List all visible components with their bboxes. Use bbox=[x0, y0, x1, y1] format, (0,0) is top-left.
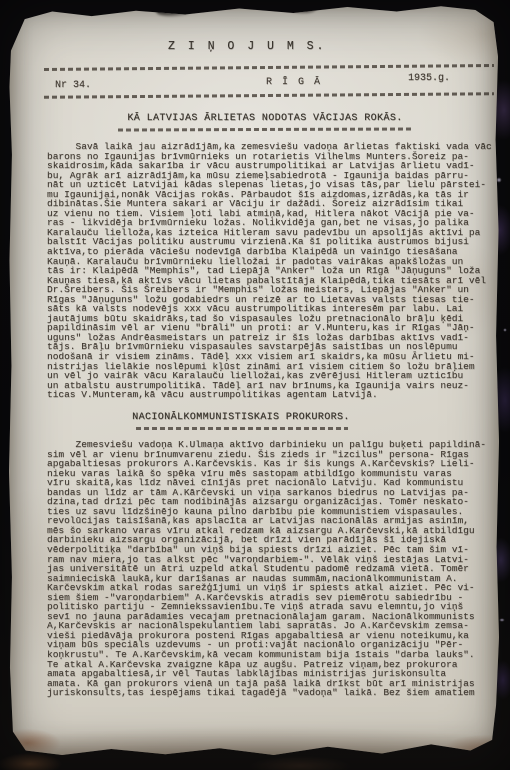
ink-smudge bbox=[286, 4, 316, 14]
article2-headline: NACIONĀLKOMMUNISTISKAIS PROKURORS. bbox=[8, 412, 500, 423]
article1-body: Savā laikā jau aizrādījām,ka zemesviešu … bbox=[47, 142, 499, 400]
document-page: Z I Ņ O J U M S. Nr 34. R Ī G Ā 1935.g. … bbox=[8, 4, 500, 758]
divider bbox=[44, 64, 494, 71]
masthead-title: Z I Ņ O J U M S. bbox=[168, 40, 326, 53]
headline-underline bbox=[118, 127, 414, 131]
divider bbox=[44, 92, 494, 99]
headline-underline bbox=[136, 427, 348, 430]
city-name: R Ī G Ā bbox=[266, 77, 322, 88]
article2-body: Zemesviešu vadoņa K.Ulmaņa aktīvo darbin… bbox=[47, 440, 499, 698]
photo-background: Z I Ņ O J U M S. Nr 34. R Ī G Ā 1935.g. … bbox=[0, 0, 510, 770]
text-line: juriskonsults,tas iespējams tikai tagadē… bbox=[47, 688, 499, 698]
ink-smudge bbox=[156, 6, 192, 17]
article1-headline: KĀ LATVIJAS ĀRLIETAS NODOTAS VĀCIJAS ROK… bbox=[8, 113, 500, 124]
text-line: ticas V.Munteram,kā vācu austrumpolitika… bbox=[47, 390, 499, 400]
publication-year: 1935.g. bbox=[408, 73, 450, 84]
issue-number: Nr 34. bbox=[55, 80, 91, 91]
